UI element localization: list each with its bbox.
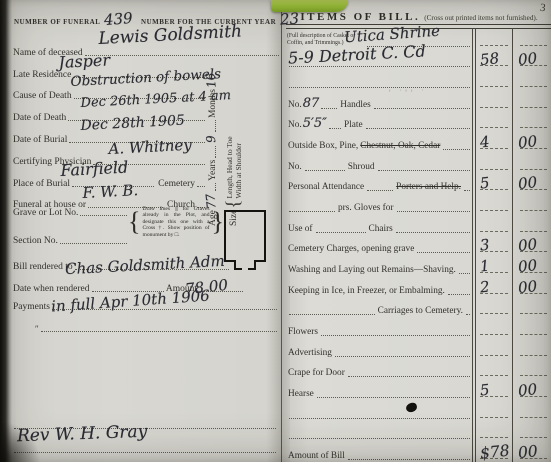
amount-cents-cell xyxy=(512,359,551,380)
dotted-leader xyxy=(80,214,127,216)
bill-row-content: No.87Handles xyxy=(286,90,472,111)
amount-dollars: 2 xyxy=(479,277,490,296)
grave-lot-label: Grave or Lot No. xyxy=(13,208,78,218)
amount-dollars: 5 xyxy=(479,381,490,400)
amount-cents: 00 xyxy=(517,49,538,69)
width-at-shoulder-label: Width at Shoulder xyxy=(234,136,243,198)
funeral-number-label: Number of Funeral xyxy=(14,18,100,26)
grave-note-text: Draw lines ||| for Graves already in the… xyxy=(140,206,211,238)
bill-row xyxy=(286,69,551,90)
amount-cents: 00 xyxy=(517,235,538,255)
printed-label: Handles xyxy=(339,100,371,111)
amount-dollars-cell: 5 xyxy=(472,173,512,194)
amount-cents-cell: 00 xyxy=(512,235,551,256)
dotted-leader xyxy=(289,210,335,212)
printed-label: Carriages to Cemetery. xyxy=(377,306,464,317)
amount-cents-cell xyxy=(512,193,551,214)
handwritten-entry: Jasper xyxy=(58,50,110,72)
dotted-leader xyxy=(348,375,470,377)
signature-line xyxy=(14,452,276,453)
printed-label: Plate xyxy=(343,120,364,131)
section-label: Section No. xyxy=(13,236,58,246)
amount-cents-cell xyxy=(512,338,551,359)
bill-row: Washing and Laying out Remains—Shaving.1… xyxy=(286,255,551,276)
amount-cents: 00 xyxy=(517,380,538,400)
bill-row: Hearse500 xyxy=(286,379,551,400)
dotted-leader xyxy=(316,231,366,233)
amount-dollars-cell: $78 xyxy=(472,441,512,462)
bill-row-content: Carriages to Cemetery. xyxy=(286,297,472,318)
printed-label: Flowers xyxy=(287,327,319,338)
years-value: 9 xyxy=(204,134,219,143)
amount-cents-cell: 00 xyxy=(512,441,551,462)
dotted-leader xyxy=(466,313,470,315)
dotted-leader xyxy=(417,251,470,253)
dotted-leader xyxy=(348,458,470,460)
field-suffix: Cemetery xyxy=(158,179,195,189)
payments-label: Payments xyxy=(13,302,50,312)
amount-dollars-cell xyxy=(472,359,512,380)
amount-cents-cell xyxy=(512,111,551,132)
field-label: Cause of Death xyxy=(13,91,72,101)
amount-dollars-cell xyxy=(472,400,512,421)
amount-cents-cell: 00 xyxy=(512,276,551,297)
grave-plot-diagram xyxy=(224,210,266,262)
years-label: Years xyxy=(208,160,218,181)
amount-dollars-cell xyxy=(472,421,512,442)
bill-row-content: Personal AttendancePorters and Help. xyxy=(286,173,472,194)
months-value: 16 xyxy=(203,72,219,89)
handwritten-entry: A. Whitney xyxy=(108,136,192,158)
dotted-leader xyxy=(41,330,277,332)
printed-label: Amount of Bill xyxy=(287,451,346,462)
bill-rendered-value: Chas Goldsmith Adm xyxy=(65,252,226,278)
bill-row-content: Hearse xyxy=(286,379,472,400)
dotted-leader xyxy=(378,169,470,171)
amount-cents-cell: 00 xyxy=(512,173,551,194)
bill-row-content: Keeping in Ice, in Freezer, or Embalming… xyxy=(286,276,472,297)
bill-rows: (Full description of Casket orCoffin, an… xyxy=(286,28,551,462)
bill-row-content: No.5′5″Plate xyxy=(286,111,472,132)
age-line: Age 77 Years 9 Months 16 xyxy=(204,58,218,226)
printed-label: Shroud xyxy=(347,162,376,173)
record-field: Name of deceasedLewis Goldsmith xyxy=(13,36,281,58)
green-bookmark xyxy=(271,0,348,12)
page-number: 3 xyxy=(539,2,546,15)
amount-cents: 00 xyxy=(517,256,538,276)
bill-row: Personal AttendancePorters and Help.500 xyxy=(286,173,551,194)
dotted-leader xyxy=(459,272,470,274)
open-brace-glyph: { xyxy=(128,209,140,235)
dotted-leader xyxy=(305,169,345,171)
bill-row: Carriages to Cemetery. xyxy=(286,297,551,318)
dotted-leader xyxy=(289,86,470,88)
amount-cents-cell xyxy=(512,90,551,111)
amount-cents: 00 xyxy=(517,277,538,297)
dotted-leader xyxy=(317,396,470,398)
amount-dollars-cell: 2 xyxy=(472,276,512,297)
bill-row-content: Advertising xyxy=(286,338,472,359)
bill-row: prs. Gloves for xyxy=(286,193,551,214)
amount-cents-cell xyxy=(512,69,551,90)
bill-row-content: Cemetery Charges, opening grave xyxy=(286,235,472,256)
book-gutter-shadow xyxy=(0,0,12,462)
dotted-leader xyxy=(464,189,470,191)
funeral-ledger-page: Number of Funeral 439 Number for the Cur… xyxy=(0,0,551,462)
amount-dollars-cell xyxy=(472,338,512,359)
amount-cents-cell xyxy=(512,28,551,49)
brace-glyph: { xyxy=(226,200,242,209)
dotted-leader xyxy=(397,210,470,212)
bill-row: Keeping in Ice, in Freezer, or Embalming… xyxy=(286,276,551,297)
printed-label: No. xyxy=(287,162,303,173)
bill-row-content: Flowers xyxy=(286,317,472,338)
bill-row-content: prs. Gloves for xyxy=(286,193,472,214)
amount-dollars: 5 xyxy=(479,174,490,193)
bill-row: Advertising xyxy=(286,338,551,359)
bill-row: Cemetery Charges, opening grave300 xyxy=(286,235,551,256)
amount-dollars-cell xyxy=(472,214,512,235)
amount-dollars-cell: 58 xyxy=(472,49,512,70)
struck-out-label: Porters and Help. xyxy=(395,182,462,193)
amount-dollars-cell xyxy=(472,111,512,132)
close-brace-glyph: } xyxy=(212,209,224,235)
dotted-leader xyxy=(443,148,470,150)
bill-row: No.5′5″Plate xyxy=(286,111,551,132)
bill-row: Amount of Bill$7800 xyxy=(286,441,551,462)
amount-dollars-cell xyxy=(472,152,512,173)
amount-dollars: 1 xyxy=(479,257,490,276)
amount-cents-cell: 00 xyxy=(512,49,551,70)
printed-label: Chairs xyxy=(368,224,394,235)
dotted-leader xyxy=(335,355,470,357)
bill-row: Use ofChairs xyxy=(286,214,551,235)
handwritten-entry: 5′5″ xyxy=(303,116,327,131)
ditto-row: ″ xyxy=(13,320,279,334)
printed-label: No. xyxy=(287,100,303,111)
amount-cents-cell xyxy=(512,400,551,421)
dotted-leader xyxy=(321,107,337,109)
amount-dollars: 58 xyxy=(479,49,500,69)
handwritten-entry: F. W. B. xyxy=(82,181,139,202)
grave-diagram-note: { Draw lines ||| for Graves already in t… xyxy=(128,206,224,238)
bill-row-content: No.Shroud xyxy=(286,152,472,173)
dotted-leader xyxy=(85,54,279,56)
amount-dollars-cell xyxy=(472,90,512,111)
printed-label: Washing and Laying out Remains—Shaving. xyxy=(287,265,457,276)
section-row: Section No. xyxy=(13,236,129,246)
amount-dollars-cell: 4 xyxy=(472,131,512,152)
printed-label: Hearse xyxy=(287,389,315,400)
bill-row: Crape for Door xyxy=(286,359,551,380)
bill-row: Outside Box, Pine,Chestnut, Oak, Cedar40… xyxy=(286,131,551,152)
bill-row-content xyxy=(286,421,472,442)
bill-row: Flowers xyxy=(286,317,551,338)
bill-row-content xyxy=(286,400,472,421)
amount-dollars-cell: 1 xyxy=(472,255,512,276)
grave-lot-row: Grave or Lot No. xyxy=(13,208,129,218)
bill-row: 5-9 Detroit C. Cd5800 xyxy=(286,49,551,70)
size-line: Size { Length, Head to Toe Width at Shou… xyxy=(225,58,243,226)
items-subtitle: (Cross out printed items not furnished). xyxy=(424,14,537,22)
amount-dollars-cell xyxy=(472,69,512,90)
printed-label: Crape for Door xyxy=(287,368,346,379)
field-label: Place of Burial xyxy=(13,179,70,189)
bill-rendered-row: Bill rendered to Chas Goldsmith Adm xyxy=(13,262,231,272)
bill-row-content: Amount of Bill xyxy=(286,441,472,462)
funeral-number-value: 439 xyxy=(104,9,134,29)
dotted-leader xyxy=(396,231,470,233)
dotted-leader xyxy=(60,242,127,244)
amount-dollars-cell xyxy=(472,317,512,338)
field-label: Date of Death xyxy=(13,113,66,123)
amount-dollars-cell xyxy=(472,297,512,318)
bill-row-content: Crape for Door xyxy=(286,359,472,380)
amount-cents-cell xyxy=(512,421,551,442)
dotted-leader xyxy=(366,127,470,129)
printed-label: Use of xyxy=(287,224,314,235)
age-size-column: Age 77 Years 9 Months 16 Size { Length, … xyxy=(204,58,278,226)
corner-shadow xyxy=(0,420,40,462)
amount-dollars-cell: 5 xyxy=(472,379,512,400)
amount-dollars-cell: 3 xyxy=(472,235,512,256)
printed-label: Keeping in Ice, in Freezer, or Embalming… xyxy=(287,286,446,297)
dotted-leader xyxy=(448,293,470,295)
struck-out-label: Chestnut, Oak, Cedar xyxy=(359,141,441,152)
dotted-leader xyxy=(329,127,341,129)
bill-row-content xyxy=(286,69,472,90)
bill-row xyxy=(286,421,551,442)
months-label: Months xyxy=(208,89,218,118)
bill-row-content: Washing and Laying out Remains—Shaving. xyxy=(286,255,472,276)
amount-cents-cell xyxy=(512,317,551,338)
amount-dollars-cell xyxy=(472,28,512,49)
bill-row-content: Outside Box, Pine,Chestnut, Oak, Cedar xyxy=(286,131,472,152)
payments-row: Payments in full Apr 10th 1906 xyxy=(13,302,279,312)
items-title: ITEMS OF BILL. xyxy=(300,11,420,23)
amount-dollars: $78 xyxy=(479,442,510,462)
amount-cents-cell xyxy=(512,297,551,318)
amount-cents-cell: 00 xyxy=(512,255,551,276)
amount-dollars: 4 xyxy=(479,133,490,152)
printed-label: Outside Box, Pine, xyxy=(287,141,359,152)
printed-label: Personal Attendance xyxy=(287,182,365,193)
bill-row-content: 5-9 Detroit C. Cd xyxy=(286,49,472,70)
printed-label: Advertising xyxy=(287,348,333,359)
amount-cents-cell: 00 xyxy=(512,379,551,400)
handwritten-entry: Fairfield xyxy=(60,157,129,180)
amount-dollars-cell xyxy=(472,193,512,214)
amount-cents: 00 xyxy=(517,132,538,152)
dotted-leader xyxy=(289,417,470,419)
dotted-leader xyxy=(289,313,375,315)
amount-cents: 00 xyxy=(517,442,539,462)
amount-cents-cell: 00 xyxy=(512,131,551,152)
printed-label: Cemetery Charges, opening grave xyxy=(287,244,415,255)
page-divider-line xyxy=(281,0,282,462)
dotted-leader xyxy=(289,437,470,439)
amount-cents: 00 xyxy=(517,173,538,193)
dotted-leader xyxy=(367,189,393,191)
amount-dollars: 3 xyxy=(479,236,490,255)
amount-cents-cell xyxy=(512,152,551,173)
amount-cents-cell xyxy=(512,214,551,235)
bill-row: No.87Handles xyxy=(286,90,551,111)
bill-row xyxy=(286,400,551,421)
date-rendered-label: Date when rendered xyxy=(13,284,90,294)
length-head-to-toe-label: Length, Head to Toe xyxy=(225,136,234,198)
dotted-leader xyxy=(321,334,470,336)
bill-rendered-label: Bill rendered to xyxy=(13,262,73,272)
ditto-mark: ″ xyxy=(35,324,39,334)
bill-row: No.Shroud xyxy=(286,152,551,173)
printed-label: No. xyxy=(287,120,303,131)
dotted-leader xyxy=(374,107,470,109)
handwritten-entry: 87 xyxy=(303,96,320,111)
field-label: Date of Burial xyxy=(13,135,67,145)
bill-row-content: Use ofChairs xyxy=(286,214,472,235)
printed-label: prs. Gloves for xyxy=(337,203,395,214)
